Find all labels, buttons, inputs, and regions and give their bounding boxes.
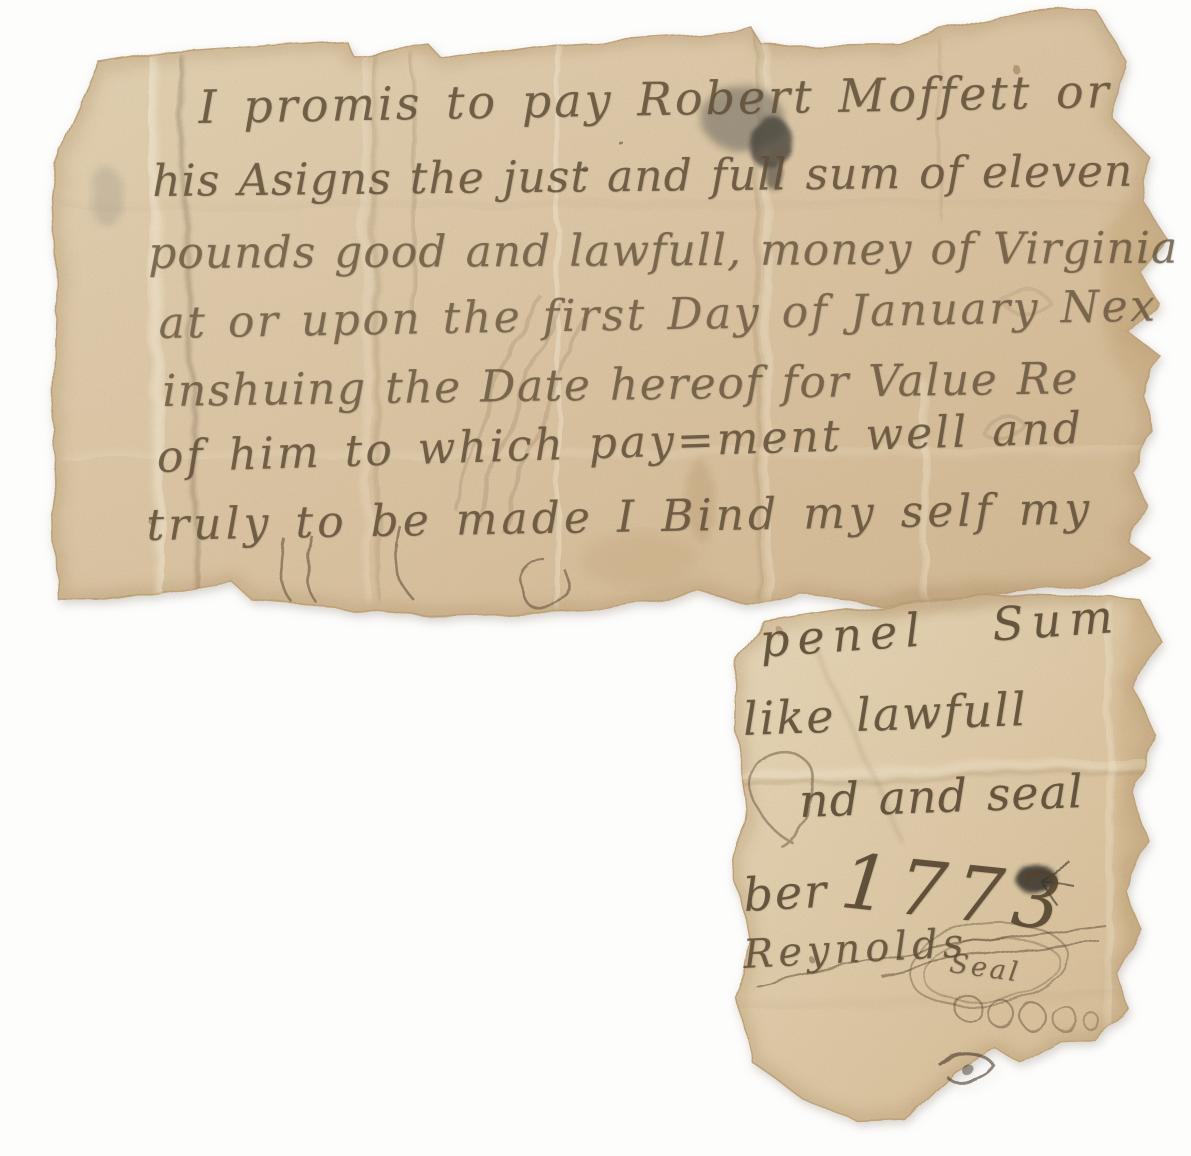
paper-grain-texture [0,0,1191,1156]
paper-surface-detail [0,0,1191,1156]
paper-rough-group [0,0,1191,1156]
paper-sheet-graphic [0,0,1191,1156]
scanned-promissory-note: I promis to pay Robert Moffett or his As… [0,0,1191,1156]
paper-shadow-group [0,0,1191,1156]
